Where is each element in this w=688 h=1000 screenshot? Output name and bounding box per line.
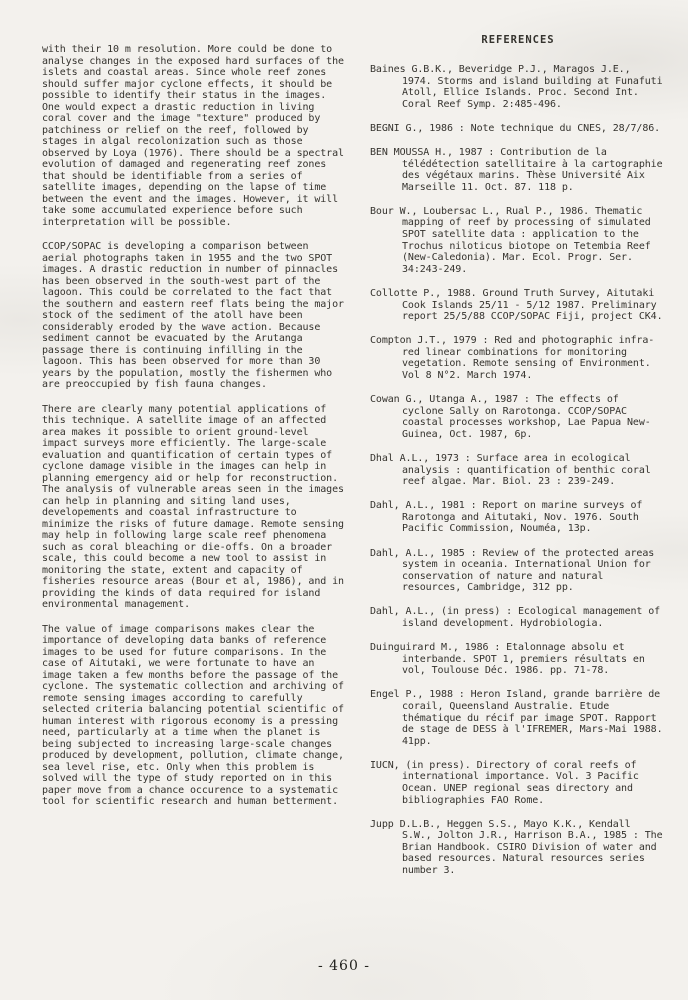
body-paragraph: The value of image comparisons makes cle… — [42, 624, 348, 808]
document-page: with their 10 m resolution. More could b… — [0, 0, 688, 1000]
body-paragraph: There are clearly many potential applica… — [42, 404, 348, 611]
reference-entry: Dhal A.L., 1973 : Surface area in ecolog… — [370, 453, 666, 488]
reference-entry: Dahl, A.L., 1981 : Report on marine surv… — [370, 500, 666, 535]
reference-entry: Jupp D.L.B., Heggen S.S., Mayo K.K., Ken… — [370, 819, 666, 877]
reference-entry: Engel P., 1988 : Heron Island, grande ba… — [370, 689, 666, 747]
reference-entry: Collotte P., 1988. Ground Truth Survey, … — [370, 288, 666, 323]
reference-entry: BEGNI G., 1986 : Note technique du CNES,… — [370, 123, 666, 135]
page-number: - 460 - — [0, 958, 688, 974]
reference-entry: Dahl, A.L., 1985 : Review of the protect… — [370, 548, 666, 594]
reference-entry: Baines G.B.K., Beveridge P.J., Maragos J… — [370, 64, 666, 110]
reference-entry: Duinguirard M., 1986 : Etalonnage absolu… — [370, 642, 666, 677]
references-heading: REFERENCES — [370, 34, 666, 46]
references-list: Baines G.B.K., Beveridge P.J., Maragos J… — [370, 64, 666, 877]
reference-entry: Compton J.T., 1979 : Red and photographi… — [370, 335, 666, 381]
reference-entry: IUCN, (in press). Directory of coral ree… — [370, 760, 666, 806]
page-columns: with their 10 m resolution. More could b… — [0, 0, 688, 889]
reference-entry: Bour W., Loubersac L., Rual P., 1986. Th… — [370, 206, 666, 276]
body-text-column: with their 10 m resolution. More could b… — [42, 34, 348, 821]
reference-entry: Dahl, A.L., (in press) : Ecological mana… — [370, 606, 666, 629]
body-paragraph: with their 10 m resolution. More could b… — [42, 44, 348, 228]
reference-entry: BEN MOUSSA H., 1987 : Contribution de la… — [370, 147, 666, 193]
references-column: REFERENCES Baines G.B.K., Beveridge P.J.… — [370, 34, 666, 889]
reference-entry: Cowan G., Utanga A., 1987 : The effects … — [370, 394, 666, 440]
body-paragraph: CCOP/SOPAC is developing a comparison be… — [42, 241, 348, 391]
